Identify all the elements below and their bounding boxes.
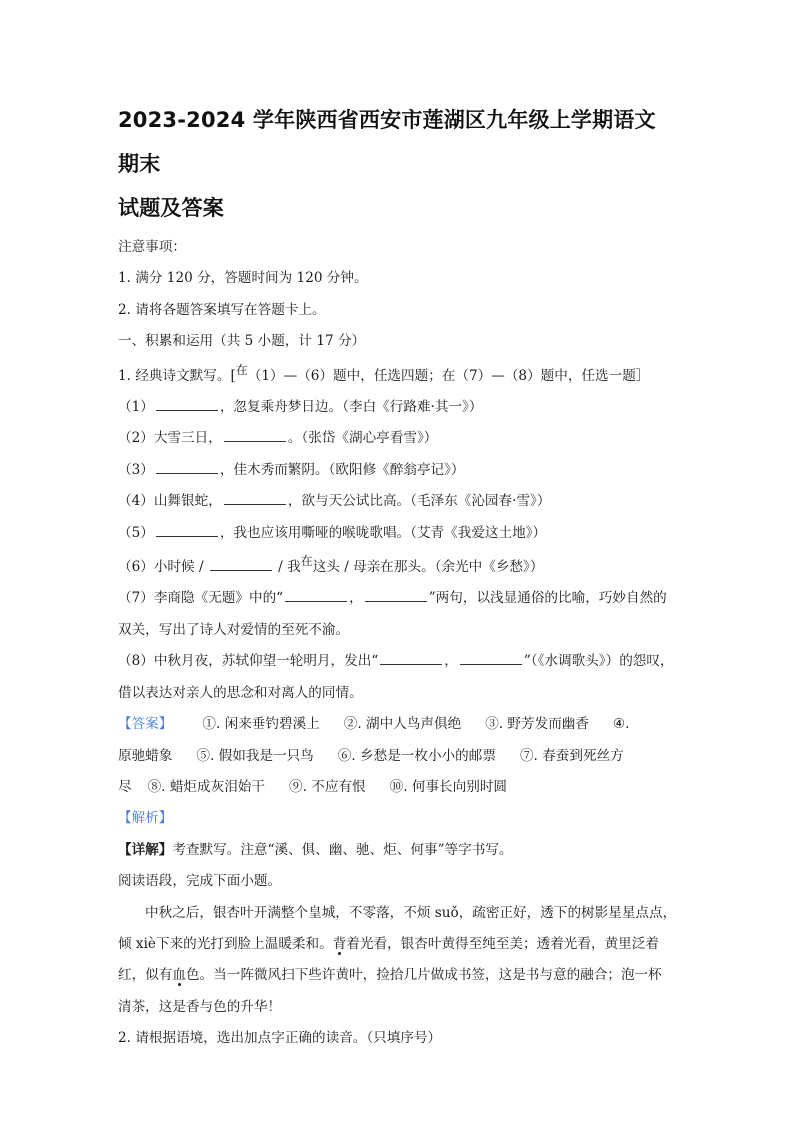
note-item-2: 2. 请将各题答案填写在答题卡上。 [118, 295, 676, 326]
question-1-item-1: （1），忽复乘舟梦日边。（李白《行路难·其一》） [118, 392, 676, 423]
emphasized-char: 背 [333, 936, 347, 952]
answer-line-2: 原驰蜡象⑤. 假如我是一只鸟⑥. 乡愁是一枚小小的邮票⑦. 春蚕到死丝方 [118, 741, 676, 772]
answer-line-1: 【答案】①. 闲来垂钓碧溪上②. 湖中人鸟声俱绝③. 野芳发而幽香④. [118, 709, 676, 740]
question-2-stem: 2. 请根据语境，选出加点字正确的读音。（只填序号） [118, 1023, 676, 1054]
fill-blank [210, 560, 272, 571]
question-1-item-7-cont: 双关，写出了诗人对爱情的至死不渝。 [118, 615, 676, 646]
question-1-item-2: （2）大雪三日，。（张岱《湖心亭看雪》） [118, 423, 676, 454]
section-heading: 一、积累和运用（共 5 小题，计 17 分） [118, 326, 676, 357]
reading-instruction: 阅读语段，完成下面小题。 [118, 866, 676, 897]
question-1-item-3: （3），佳木秀而繁阴。（欧阳修《醉翁亭记》） [118, 455, 676, 486]
fill-blank [156, 463, 218, 474]
question-1-item-4: （4）山舞银蛇，，欲与天公试比高。（毛泽东《沁园春·雪》） [118, 486, 676, 517]
title-line-1: 2023-2024 学年陕西省西安市莲湖区九年级上学期语文期末 [118, 98, 676, 186]
detail-label: 【详解】 [118, 842, 172, 858]
notes-heading: 注意事项： [118, 232, 676, 263]
fill-blank [156, 526, 218, 537]
question-1-item-8-cont: 借以表达对亲人的思念和对离人的同情。 [118, 678, 676, 709]
passage-line-4: 清茶，这是香与色的升华！ [118, 992, 676, 1023]
answer-line-3: 尽⑧. 蜡炬成灰泪始干⑨. 不应有恨⑩. 何事长向别时圆 [118, 772, 676, 803]
question-1-stem: 1. 经典诗文默写。[在（1）—（6）题中，任选四题；在（7）—（8）题中，任选… [118, 361, 676, 392]
question-1-item-6: （6）小时候 / / 我在这头 / 母亲在那头。（余光中《乡愁》） [118, 552, 676, 583]
title-line-2: 试题及答案 [118, 186, 676, 230]
question-1-item-8: （8）中秋月夜，苏轼仰望一轮明月，发出“，”（《水调歌头》）的怨叹， [118, 646, 676, 677]
fill-blank [285, 591, 347, 602]
note-item-1: 1. 满分 120 分，答题时间为 120 分钟。 [118, 263, 676, 294]
analysis-label: 【解析】 [118, 810, 172, 826]
fill-blank [380, 654, 442, 665]
passage-line-3: 红，似有血色。当一阵微风扫下些许黄叶，捡拾几片做成书签，这是书与意的融合；泡一杯 [118, 960, 676, 991]
analysis-detail: 【详解】考查默写。注意“溪、俱、幽、驰、炬、何事”等字书写。 [118, 835, 676, 866]
fill-blank [224, 494, 286, 505]
question-1-item-5: （5），我也应该用嘶哑的喉咙歌唱。（艾青《我爱这土地》） [118, 518, 676, 549]
analysis-label-line: 【解析】 [118, 803, 676, 834]
passage-line-1: 中秋之后，银杏叶开满整个皇城，不零落，不烦 suǒ，疏密正好，透下的树影星星点点… [118, 898, 676, 929]
answer-label: 【答案】 [118, 716, 172, 732]
passage-line-2: 倾 xiè下来的光打到脸上温暖柔和。背着光看，银杏叶黄得至纯至美；透着光看，黄里… [118, 929, 676, 960]
emphasized-char: 血 [172, 967, 186, 983]
fill-blank [224, 431, 286, 442]
fill-blank [365, 591, 427, 602]
document-title: 2023-2024 学年陕西省西安市莲湖区九年级上学期语文期末 试题及答案 [118, 98, 676, 230]
fill-blank [156, 400, 218, 411]
document-page: 2023-2024 学年陕西省西安市莲湖区九年级上学期语文期末 试题及答案 注意… [118, 98, 676, 1055]
fill-blank [460, 654, 522, 665]
question-1-item-7: （7）李商隐《无题》中的“，”两句，以浅显通俗的比喻，巧妙自然的 [118, 583, 676, 614]
